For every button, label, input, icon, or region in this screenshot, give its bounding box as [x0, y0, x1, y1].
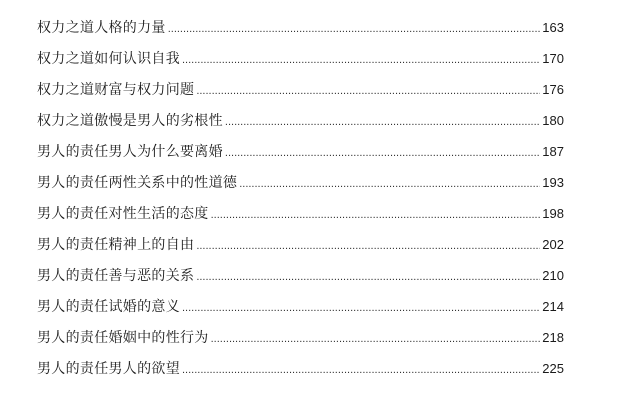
- toc-entry-page: 176: [542, 74, 564, 105]
- toc-entry[interactable]: 男人的责任精神上的自由202: [37, 229, 564, 260]
- toc-entry-page: 193: [542, 167, 564, 198]
- toc-entry-title: 男人的责任精神上的自由: [37, 230, 194, 261]
- toc-entry-page: 225: [542, 353, 564, 384]
- leader-dots: [196, 231, 540, 262]
- toc-entry[interactable]: 权力之道如何认识自我170: [37, 43, 564, 74]
- leader-dots: [211, 324, 541, 355]
- toc-entry-title: 权力之道傲慢是男人的劣根性: [37, 106, 223, 137]
- toc-entry[interactable]: 男人的责任试婚的意义214: [37, 291, 564, 322]
- toc-entry-page: 214: [542, 291, 564, 322]
- toc-entry-page: 170: [542, 43, 564, 74]
- toc-entry-title: 男人的责任婚姻中的性行为: [37, 323, 209, 354]
- toc-entry[interactable]: 男人的责任男人的欲望225: [37, 353, 564, 384]
- leader-dots: [182, 293, 540, 324]
- toc-entry-title: 男人的责任男人为什么要离婚: [37, 137, 223, 168]
- toc-entry-page: 202: [542, 229, 564, 260]
- toc-entry-page: 163: [542, 12, 564, 43]
- leader-dots: [182, 355, 540, 386]
- leader-dots: [239, 169, 540, 200]
- toc-entry-title: 权力之道如何认识自我: [37, 44, 180, 75]
- toc-entry-page: 187: [542, 136, 564, 167]
- leader-dots: [196, 262, 540, 293]
- leader-dots: [182, 45, 540, 76]
- table-of-contents: 权力之道人格的力量163 权力之道如何认识自我170 权力之道财富与权力问题17…: [37, 12, 564, 384]
- leader-dots: [196, 76, 540, 107]
- toc-entry-title: 男人的责任试婚的意义: [37, 292, 180, 323]
- leader-dots: [225, 138, 540, 169]
- toc-entry-title: 男人的责任对性生活的态度: [37, 199, 209, 230]
- toc-entry-page: 198: [542, 198, 564, 229]
- toc-entry[interactable]: 男人的责任两性关系中的性道德193: [37, 167, 564, 198]
- leader-dots: [211, 200, 541, 231]
- toc-entry[interactable]: 权力之道人格的力量163: [37, 12, 564, 43]
- toc-entry-page: 180: [542, 105, 564, 136]
- toc-entry[interactable]: 权力之道财富与权力问题176: [37, 74, 564, 105]
- toc-entry-page: 210: [542, 260, 564, 291]
- leader-dots: [168, 14, 541, 45]
- toc-entry-title: 男人的责任善与恶的关系: [37, 261, 194, 292]
- toc-entry-title: 权力之道财富与权力问题: [37, 75, 194, 106]
- toc-entry-title: 男人的责任两性关系中的性道德: [37, 168, 237, 199]
- toc-entry[interactable]: 男人的责任婚姻中的性行为218: [37, 322, 564, 353]
- toc-entry[interactable]: 男人的责任对性生活的态度198: [37, 198, 564, 229]
- toc-entry-title: 权力之道人格的力量: [37, 13, 166, 44]
- toc-entry[interactable]: 男人的责任男人为什么要离婚187: [37, 136, 564, 167]
- toc-entry-page: 218: [542, 322, 564, 353]
- toc-entry-title: 男人的责任男人的欲望: [37, 354, 180, 385]
- leader-dots: [225, 107, 540, 138]
- toc-entry[interactable]: 权力之道傲慢是男人的劣根性180: [37, 105, 564, 136]
- toc-entry[interactable]: 男人的责任善与恶的关系210: [37, 260, 564, 291]
